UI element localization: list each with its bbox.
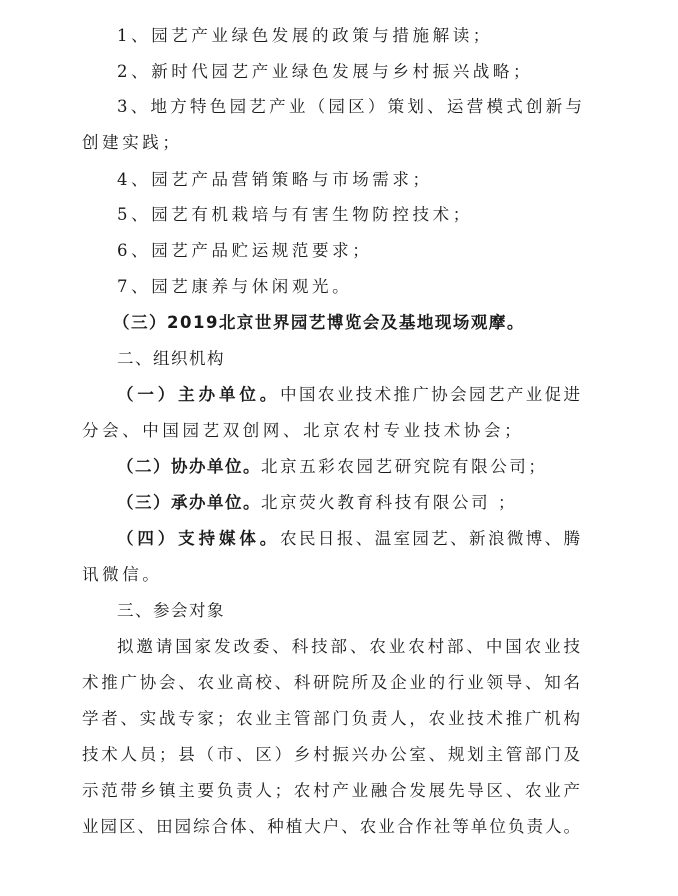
document-page: 1、园艺产业绿色发展的政策与措施解读； 2、新时代园艺产业绿色发展与乡村振兴战略…: [0, 0, 678, 896]
attendees-line-1: 拟邀请国家发改委、科技部、农业农村部、中国农业技: [117, 629, 580, 665]
topic-6: 6、园艺产品贮运规范要求；: [117, 233, 582, 269]
media-text: 农民日报、温室园艺、新浪微博、腾: [280, 529, 580, 548]
organizer-text: 北京荧火教育科技有限公司 ；: [261, 493, 517, 512]
media-line2: 讯微信。: [82, 557, 582, 593]
item-3-heading: （三）2019北京世界园艺博览会及基地现场观摩。: [113, 305, 613, 341]
topic-3-continued: 创建实践；: [82, 125, 582, 161]
attendees-line-5: 示范带乡镇主要负责人；农村产业融合发展先导区、农业产: [82, 773, 580, 809]
attendees-line-4: 技术人员；县（市、区）乡村振兴办公室、规划主管部门及: [82, 737, 580, 773]
organizer-unit: （三）承办单位。北京荧火教育科技有限公司 ；: [117, 485, 617, 521]
attendees-line-3: 学者、实战专家；农业主管部门负责人，农业技术推广机构: [82, 701, 580, 737]
section-2-title: 二、组织机构: [117, 341, 617, 377]
media-line1: （四）支持媒体。农民日报、温室园艺、新浪微博、腾: [117, 521, 580, 557]
topic-7: 7、园艺康养与休闲观光。: [117, 269, 582, 305]
co-host-label: （二）协办单位。: [117, 457, 261, 476]
organizer-label: （三）承办单位。: [117, 493, 261, 512]
section-3-title: 三、参会对象: [117, 593, 617, 629]
topic-5: 5、园艺有机栽培与有害生物防控技术；: [117, 197, 582, 233]
host-unit-text: 中国农业技术推广协会园艺产业促进: [280, 385, 580, 404]
attendees-line-6: 业园区、田园综合体、种植大户、农业合作社等单位负责人。: [82, 809, 580, 845]
topic-2: 2、新时代园艺产业绿色发展与乡村振兴战略；: [117, 54, 582, 90]
host-unit-label: （一）主办单位。: [117, 385, 280, 404]
host-unit-line2: 分会、中国园艺双创网、北京农村专业技术协会；: [82, 413, 582, 449]
attendees-line-2: 术推广协会、农业高校、科研院所及企业的行业领导、知名: [82, 665, 580, 701]
media-label: （四）支持媒体。: [117, 529, 280, 548]
topic-3: 3、地方特色园艺产业（园区）策划、运营模式创新与: [117, 89, 582, 125]
topic-1: 1、园艺产业绿色发展的政策与措施解读；: [117, 18, 582, 54]
co-host-text: 北京五彩农园艺研究院有限公司；: [261, 457, 548, 476]
co-host-unit: （二）协办单位。北京五彩农园艺研究院有限公司；: [117, 449, 617, 485]
topic-4: 4、园艺产品营销策略与市场需求；: [117, 162, 582, 198]
host-unit-line1: （一）主办单位。中国农业技术推广协会园艺产业促进: [117, 377, 580, 413]
